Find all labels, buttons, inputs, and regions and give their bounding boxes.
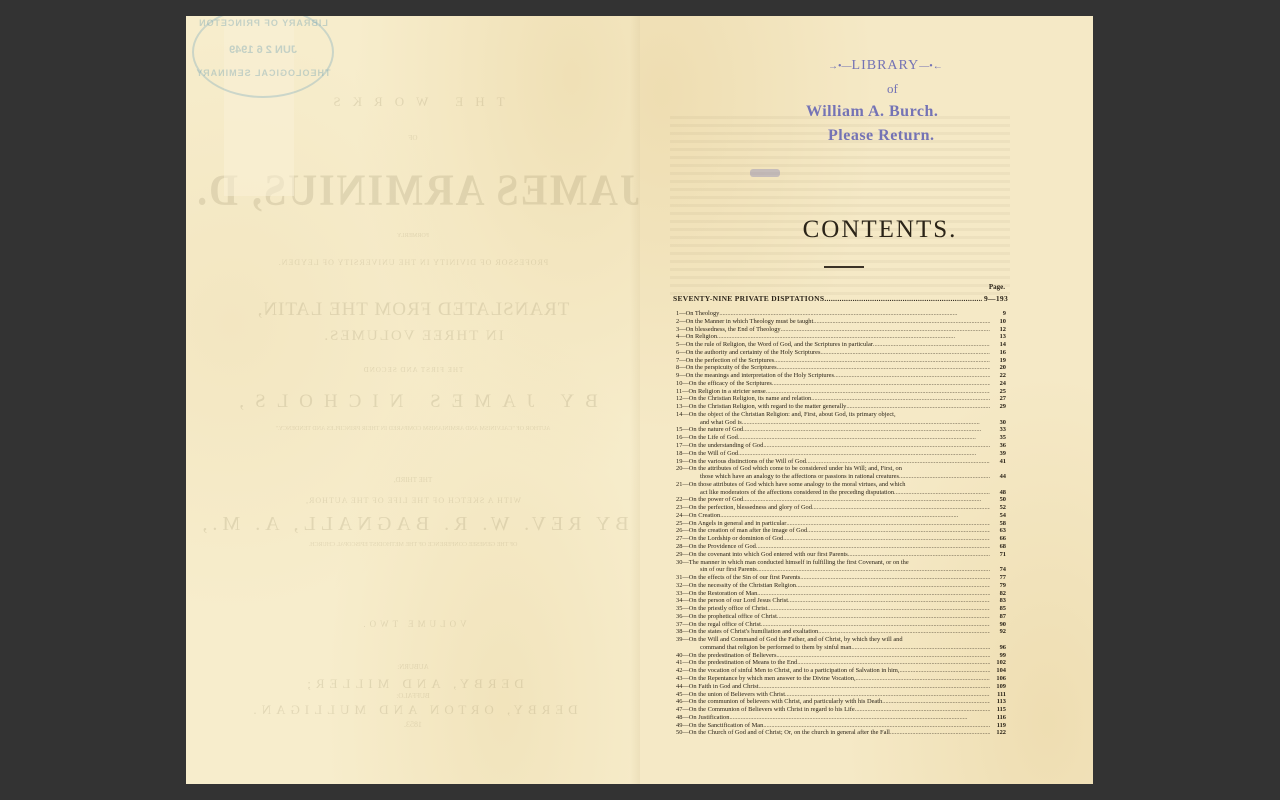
entry-title: On the Church of God and of Christ; Or, … xyxy=(689,729,890,737)
entry-title: On the Will of God xyxy=(689,450,738,458)
entry-title: On the priestly office of Christ xyxy=(689,605,768,613)
toc-entry: 45—On the union of Believers with Christ… xyxy=(676,691,1006,699)
entry-title: On the vocation of sinful Men to Christ,… xyxy=(689,667,900,675)
dot-leader xyxy=(834,372,990,380)
entry-page: 30 xyxy=(990,419,1006,427)
entry-title: On the Restoration of Man xyxy=(689,590,758,598)
entry-page: 85 xyxy=(990,605,1006,613)
toc-entry: 26—On the creation of man after the imag… xyxy=(676,527,1006,535)
entry-page: 12 xyxy=(990,326,1006,334)
toc-entry: 46—On the communion of believers with Ch… xyxy=(676,698,1006,706)
entry-page: 16 xyxy=(990,349,1006,357)
entry-title: On the union of Believers with Christ xyxy=(689,691,785,699)
entry-page: 22 xyxy=(990,372,1006,380)
dot-leader xyxy=(717,333,990,341)
entry-page: 27 xyxy=(990,395,1006,403)
entry-title: On the attributes of God which come to b… xyxy=(689,465,902,473)
book-spread: THE WORKS OF JAMES ARMINIUS, D. D., FORM… xyxy=(186,16,1093,784)
dot-leader xyxy=(777,613,990,621)
toc-entry: 39—On the Will and Command of God the Fa… xyxy=(676,636,1006,652)
toc-entry: 31—On the effects of the Sin of our firs… xyxy=(676,574,1006,582)
entry-title: On the efficacy of the Scriptures xyxy=(689,380,772,388)
ink-smudge xyxy=(750,169,780,177)
entry-page: 82 xyxy=(990,590,1006,598)
entry-title: On Faith in God and Christ xyxy=(689,683,759,691)
entry-title: On the nature of God xyxy=(689,426,743,434)
entry-title: On the predestination of Means to the En… xyxy=(689,659,797,667)
dot-leader xyxy=(788,597,990,605)
entry-title: On the Repentance by which men answer to… xyxy=(689,675,856,683)
entry-page: 20 xyxy=(990,364,1006,372)
entry-title: On Religion in a stricter sense xyxy=(689,388,766,396)
dot-leader xyxy=(729,714,990,722)
dot-leader xyxy=(738,434,990,442)
toc-entry: 41—On the predestination of Means to the… xyxy=(676,659,1006,667)
page-column-header: Page. xyxy=(989,283,1005,291)
dot-leader xyxy=(757,566,990,574)
bleed-publisher-1: DERBY, AND MILLER; xyxy=(186,676,640,692)
entry-page: 79 xyxy=(990,582,1006,590)
entry-page: 122 xyxy=(990,729,1006,737)
dot-leader xyxy=(851,644,990,652)
entry-page: 39 xyxy=(990,450,1006,458)
toc-entry: 9—On the meanings and interpretation of … xyxy=(676,372,1006,380)
entry-title: On the Christian Religion, with regard t… xyxy=(689,403,847,411)
entry-title-continued: command that religion be performed to th… xyxy=(700,644,851,652)
entry-title: On the perfection of the Scriptures xyxy=(686,357,775,365)
stamp-owner-name: William A. Burch. xyxy=(806,103,938,121)
toc-entry: 10—On the efficacy of the Scriptures24 xyxy=(676,380,1006,388)
entry-title: On the covenant into which God entered w… xyxy=(689,551,848,559)
stamp-top-text: LIBRARY OF PRINCETON xyxy=(194,18,332,28)
toc-entry: 29—On the covenant into which God entere… xyxy=(676,551,1006,559)
bleed-year: 1853. xyxy=(186,720,640,729)
dot-leader xyxy=(824,294,982,303)
toc-entry: 48—On Justification116 xyxy=(676,714,1006,722)
entry-page: 25 xyxy=(990,388,1006,396)
entry-page: 66 xyxy=(990,535,1006,543)
entry-title: On the Sanctification of Man xyxy=(689,722,764,730)
entry-page: 115 xyxy=(990,706,1006,714)
entry-title-continued: and what God is xyxy=(700,419,742,427)
toc-entry: 8—On the perspicuity of the Scriptures20 xyxy=(676,364,1006,372)
toc-section-heading: SEVENTY-NINE PRIVATE DISPTATIONS 9—193 xyxy=(673,294,1008,303)
entry-page: 13 xyxy=(990,333,1006,341)
entry-title: The manner in which man conducted himsel… xyxy=(689,559,909,567)
toc-entry: 18—On the Will of God39 xyxy=(676,450,1006,458)
bleed-volumes: IN THREE VOLUMES. xyxy=(186,328,640,345)
toc-entry: 28—On the Providence of God68 xyxy=(676,543,1006,551)
dot-leader xyxy=(890,729,990,737)
dot-leader xyxy=(756,543,990,551)
bleed-first-second: THE FIRST AND SECOND xyxy=(186,366,640,374)
dot-leader xyxy=(785,691,990,699)
bleed-city-2: BUFFALO: xyxy=(186,692,640,700)
page-title: CONTENTS. xyxy=(640,216,1093,244)
toc-entry: 22—On the power of God50 xyxy=(676,496,1006,504)
toc-entry: 20—On the attributes of God which come t… xyxy=(676,465,1006,481)
right-page: →•—LIBRARY—•← of William A. Burch. Pleas… xyxy=(640,16,1093,784)
entry-title: On the rule of Religion, the Word of God… xyxy=(686,341,873,349)
entry-page: 111 xyxy=(990,691,1006,699)
dot-leader xyxy=(894,489,990,497)
dot-leader xyxy=(759,683,990,691)
dot-leader xyxy=(738,450,990,458)
entry-page: 109 xyxy=(990,683,1006,691)
toc-entry: 36—On the prophetical office of Christ87 xyxy=(676,613,1006,621)
toc-entry: 37—On the regal office of Christ90 xyxy=(676,621,1006,629)
dot-leader xyxy=(763,442,990,450)
dot-leader xyxy=(812,504,990,512)
entry-title: On the perspicuity of the Scriptures xyxy=(686,364,777,372)
dot-leader xyxy=(882,698,990,706)
toc-entry: 49—On the Sanctification of Man119 xyxy=(676,722,1006,730)
entry-page: 50 xyxy=(990,496,1006,504)
entry-page: 99 xyxy=(990,652,1006,660)
toc-entry: 3—On blessedness, the End of Theology12 xyxy=(676,326,1006,334)
toc-entry: 27—On the Lordship or dominion of God66 xyxy=(676,535,1006,543)
entry-page: 44 xyxy=(990,473,1006,481)
entry-title: On the person of our Lord Jesus Christ xyxy=(689,597,788,605)
bleed-church: OF THE GENESEE CONFERENCE OF THE METHODI… xyxy=(186,542,640,548)
toc-entry: 1—On Theology9 xyxy=(676,310,1006,318)
dot-leader xyxy=(766,388,990,396)
dot-leader xyxy=(848,551,990,559)
toc-entry: 4—On Religion13 xyxy=(676,333,1006,341)
entry-page: 24 xyxy=(990,380,1006,388)
entry-page: 54 xyxy=(990,512,1006,520)
bleed-by-bagnall: BY REV. W. R. BAGNALL, A. M., xyxy=(186,513,640,536)
bleed-by-translator: BY JAMES NICHOLS, xyxy=(186,391,640,413)
dot-leader xyxy=(806,458,990,466)
entry-title: On Religion xyxy=(686,333,717,341)
entry-title: On the prophetical office of Christ xyxy=(689,613,777,621)
entry-title: On the Communion of Believers with Chris… xyxy=(689,706,855,714)
ornament-left-icon: →•— xyxy=(828,61,852,72)
entry-title: On the regal office of Christ xyxy=(689,621,761,629)
entry-title: On the Life of God xyxy=(689,434,738,442)
dot-leader xyxy=(856,675,990,683)
entry-page: 63 xyxy=(990,527,1006,535)
bleed-translated: TRANSLATED FROM THE LATIN, xyxy=(186,299,640,321)
toc-entry: 30—The manner in which man conducted him… xyxy=(676,559,1006,575)
dot-leader xyxy=(720,512,990,520)
dot-leader xyxy=(811,395,990,403)
section-pages: 9—193 xyxy=(982,294,1008,303)
stamp-of: of xyxy=(887,81,898,97)
dot-leader xyxy=(899,667,990,675)
entry-page: 106 xyxy=(990,675,1006,683)
entry-page: 68 xyxy=(990,543,1006,551)
entry-title-continued: act like moderators of the affections co… xyxy=(700,489,894,497)
bleed-city-1: AUBURN: xyxy=(186,663,640,671)
entry-page: 113 xyxy=(990,698,1006,706)
toc-entry: 2—On the Manner in which Theology must b… xyxy=(676,318,1006,326)
entry-page: 90 xyxy=(990,621,1006,629)
entry-title: On the understanding of God xyxy=(689,442,764,450)
stamp-please-return: Please Return. xyxy=(828,127,935,145)
bleed-the-third: THE THIRD, xyxy=(186,476,640,484)
dot-leader xyxy=(846,403,990,411)
toc-entry: 24—On Creation54 xyxy=(676,512,1006,520)
entry-title: On the Will and Command of God the Fathe… xyxy=(689,636,903,644)
entry-title: On Angels in general and in particular xyxy=(689,520,787,528)
entry-page: 87 xyxy=(990,613,1006,621)
toc-entry: 32—On the necessity of the Christian Rel… xyxy=(676,582,1006,590)
entry-title: On the creation of man after the image o… xyxy=(689,527,807,535)
bleed-publisher-2: DERBY, ORTON AND MULLIGAN. xyxy=(186,702,640,718)
entry-page: 83 xyxy=(990,597,1006,605)
entry-title: On the power of God xyxy=(689,496,743,504)
entry-title: On the Christian Religion, its name and … xyxy=(689,395,811,403)
entry-page: 14 xyxy=(990,341,1006,349)
toc-entry: 12—On the Christian Religion, its name a… xyxy=(676,395,1006,403)
entry-page: 29 xyxy=(990,403,1006,411)
entry-title: On the meanings and interpretation of th… xyxy=(686,372,834,380)
entry-page: 33 xyxy=(990,426,1006,434)
dot-leader xyxy=(781,326,990,334)
entry-page: 74 xyxy=(990,566,1006,574)
dot-leader xyxy=(813,318,990,326)
left-page: THE WORKS OF JAMES ARMINIUS, D. D., FORM… xyxy=(186,16,640,784)
entry-title-continued: those which have an analogy to the affec… xyxy=(700,473,899,481)
bleed-sketch: WITH A SKETCH OF THE LIFE OF THE AUTHOR, xyxy=(186,496,640,505)
entry-page: 102 xyxy=(990,659,1006,667)
entry-title: On the Lordship or dominion of God xyxy=(689,535,783,543)
entry-page: 104 xyxy=(990,667,1006,675)
entry-title: On those attributes of God which have so… xyxy=(689,481,906,489)
toc-entry: 25—On Angels in general and in particula… xyxy=(676,520,1006,528)
stamp-library-text: LIBRARY xyxy=(852,58,920,73)
title-rule xyxy=(824,266,864,268)
dot-leader xyxy=(796,582,990,590)
dot-leader xyxy=(776,652,990,660)
entry-title: On the object of the Christian Religion:… xyxy=(689,411,896,419)
toc-entry: 23—On the perfection, blessedness and gl… xyxy=(676,504,1006,512)
toc-entry: 14—On the object of the Christian Religi… xyxy=(676,411,1006,427)
dot-leader xyxy=(783,535,990,543)
entry-title-continued: sin of our first Parents xyxy=(700,566,757,574)
toc-entry: 35—On the priestly office of Christ85 xyxy=(676,605,1006,613)
toc-entry: 6—On the authority and certainty of the … xyxy=(676,349,1006,357)
entry-page: 116 xyxy=(990,714,1006,722)
toc-entry: 16—On the Life of God35 xyxy=(676,434,1006,442)
toc-entry: 13—On the Christian Religion, with regar… xyxy=(676,403,1006,411)
stamp-bottom-text: THEOLOGICAL SEMINARY xyxy=(194,68,332,78)
entry-page: 36 xyxy=(990,442,1006,450)
entry-page: 9 xyxy=(990,310,1006,318)
dot-leader xyxy=(772,380,990,388)
toc-entry: 19—On the various distinctions of the Wi… xyxy=(676,458,1006,466)
toc-entry: 17—On the understanding of God36 xyxy=(676,442,1006,450)
dot-leader xyxy=(757,590,990,598)
stamp-library-line: →•—LIBRARY—•← xyxy=(828,58,943,74)
entry-page: 19 xyxy=(990,357,1006,365)
bleed-volume-two: VOLUME TWO. xyxy=(186,619,640,629)
entry-title: On the authority and certainty of the Ho… xyxy=(686,349,821,357)
dot-leader xyxy=(818,628,990,636)
dot-leader xyxy=(767,605,990,613)
entry-title: On Creation xyxy=(689,512,720,520)
dot-leader xyxy=(743,496,990,504)
dot-leader xyxy=(761,621,990,629)
toc-entry: 21—On those attributes of God which have… xyxy=(676,481,1006,497)
dot-leader xyxy=(899,473,990,481)
toc-entry: 44—On Faith in God and Christ109 xyxy=(676,683,1006,691)
section-label: SEVENTY-NINE PRIVATE DISPTATIONS xyxy=(673,294,824,303)
entry-page: 41 xyxy=(990,458,1006,466)
entry-title: On Justification xyxy=(689,714,730,722)
toc-entry: 40—On the predestination of Believers99 xyxy=(676,652,1006,660)
bleed-formerly: FORMERLY xyxy=(186,233,640,239)
entry-page: 77 xyxy=(990,574,1006,582)
stamp-date: JUN 2 6 1949 xyxy=(194,44,332,56)
toc-entry: 5—On the rule of Religion, the Word of G… xyxy=(676,341,1006,349)
entry-title: On the perfection, blessedness and glory… xyxy=(689,504,812,512)
toc-entry: 33—On the Restoration of Man82 xyxy=(676,590,1006,598)
entry-title: On the Manner in which Theology must be … xyxy=(686,318,814,326)
dot-leader xyxy=(743,426,990,434)
entry-page: 48 xyxy=(990,489,1006,497)
entry-title: On the Providence of God xyxy=(689,543,756,551)
entry-title: On the predestination of Believers xyxy=(689,652,777,660)
dot-leader xyxy=(786,520,990,528)
entry-page: 96 xyxy=(990,644,1006,652)
entry-title: On blessedness, the End of Theology xyxy=(686,326,781,334)
bleed-translator-note: AUTHOR OF "CALVINISM AND ARMINIANISM COM… xyxy=(186,426,640,432)
dot-leader xyxy=(719,310,990,318)
dot-leader xyxy=(774,357,990,365)
entry-page: 92 xyxy=(990,628,1006,636)
entry-title: On Theology xyxy=(686,310,720,318)
toc-entries: 1—On Theology92—On the Manner in which T… xyxy=(676,310,1006,737)
toc-entry: 11—On Religion in a stricter sense25 xyxy=(676,388,1006,396)
dot-leader xyxy=(873,341,990,349)
toc-entry: 38—On the states of Christ's humiliation… xyxy=(676,628,1006,636)
entry-page: 71 xyxy=(990,551,1006,559)
entry-title: On the various distinctions of the Will … xyxy=(689,458,806,466)
dot-leader xyxy=(763,722,990,730)
dot-leader xyxy=(820,349,990,357)
toc-entry: 43—On the Repentance by which men answer… xyxy=(676,675,1006,683)
entry-page: 10 xyxy=(990,318,1006,326)
entry-title: On the states of Christ's humiliation an… xyxy=(689,628,818,636)
dot-leader xyxy=(855,706,990,714)
entry-title: On the necessity of the Christian Religi… xyxy=(689,582,796,590)
entry-page: 58 xyxy=(990,520,1006,528)
bleed-professor: PROFESSOR OF DIVINITY IN THE UNIVERSITY … xyxy=(186,258,640,267)
entry-page: 52 xyxy=(990,504,1006,512)
entry-page: 119 xyxy=(990,722,1006,730)
toc-entry: 7—On the perfection of the Scriptures19 xyxy=(676,357,1006,365)
dot-leader xyxy=(807,527,990,535)
dot-leader xyxy=(797,659,990,667)
dot-leader xyxy=(800,574,990,582)
document-viewer: THE WORKS OF JAMES ARMINIUS, D. D., FORM… xyxy=(0,0,1280,800)
toc-entry: 42—On the vocation of sinful Men to Chri… xyxy=(676,667,1006,675)
toc-entry: 50—On the Church of God and of Christ; O… xyxy=(676,729,1006,737)
toc-entry: 34—On the person of our Lord Jesus Chris… xyxy=(676,597,1006,605)
entry-page: 35 xyxy=(990,434,1006,442)
entry-title: On the effects of the Sin of our first P… xyxy=(689,574,801,582)
toc-entry: 47—On the Communion of Believers with Ch… xyxy=(676,706,1006,714)
dot-leader xyxy=(777,364,990,372)
ornament-right-icon: —•← xyxy=(919,61,943,72)
entry-title: On the communion of believers with Chris… xyxy=(689,698,882,706)
toc-entry: 15—On the nature of God33 xyxy=(676,426,1006,434)
dot-leader xyxy=(742,419,990,427)
